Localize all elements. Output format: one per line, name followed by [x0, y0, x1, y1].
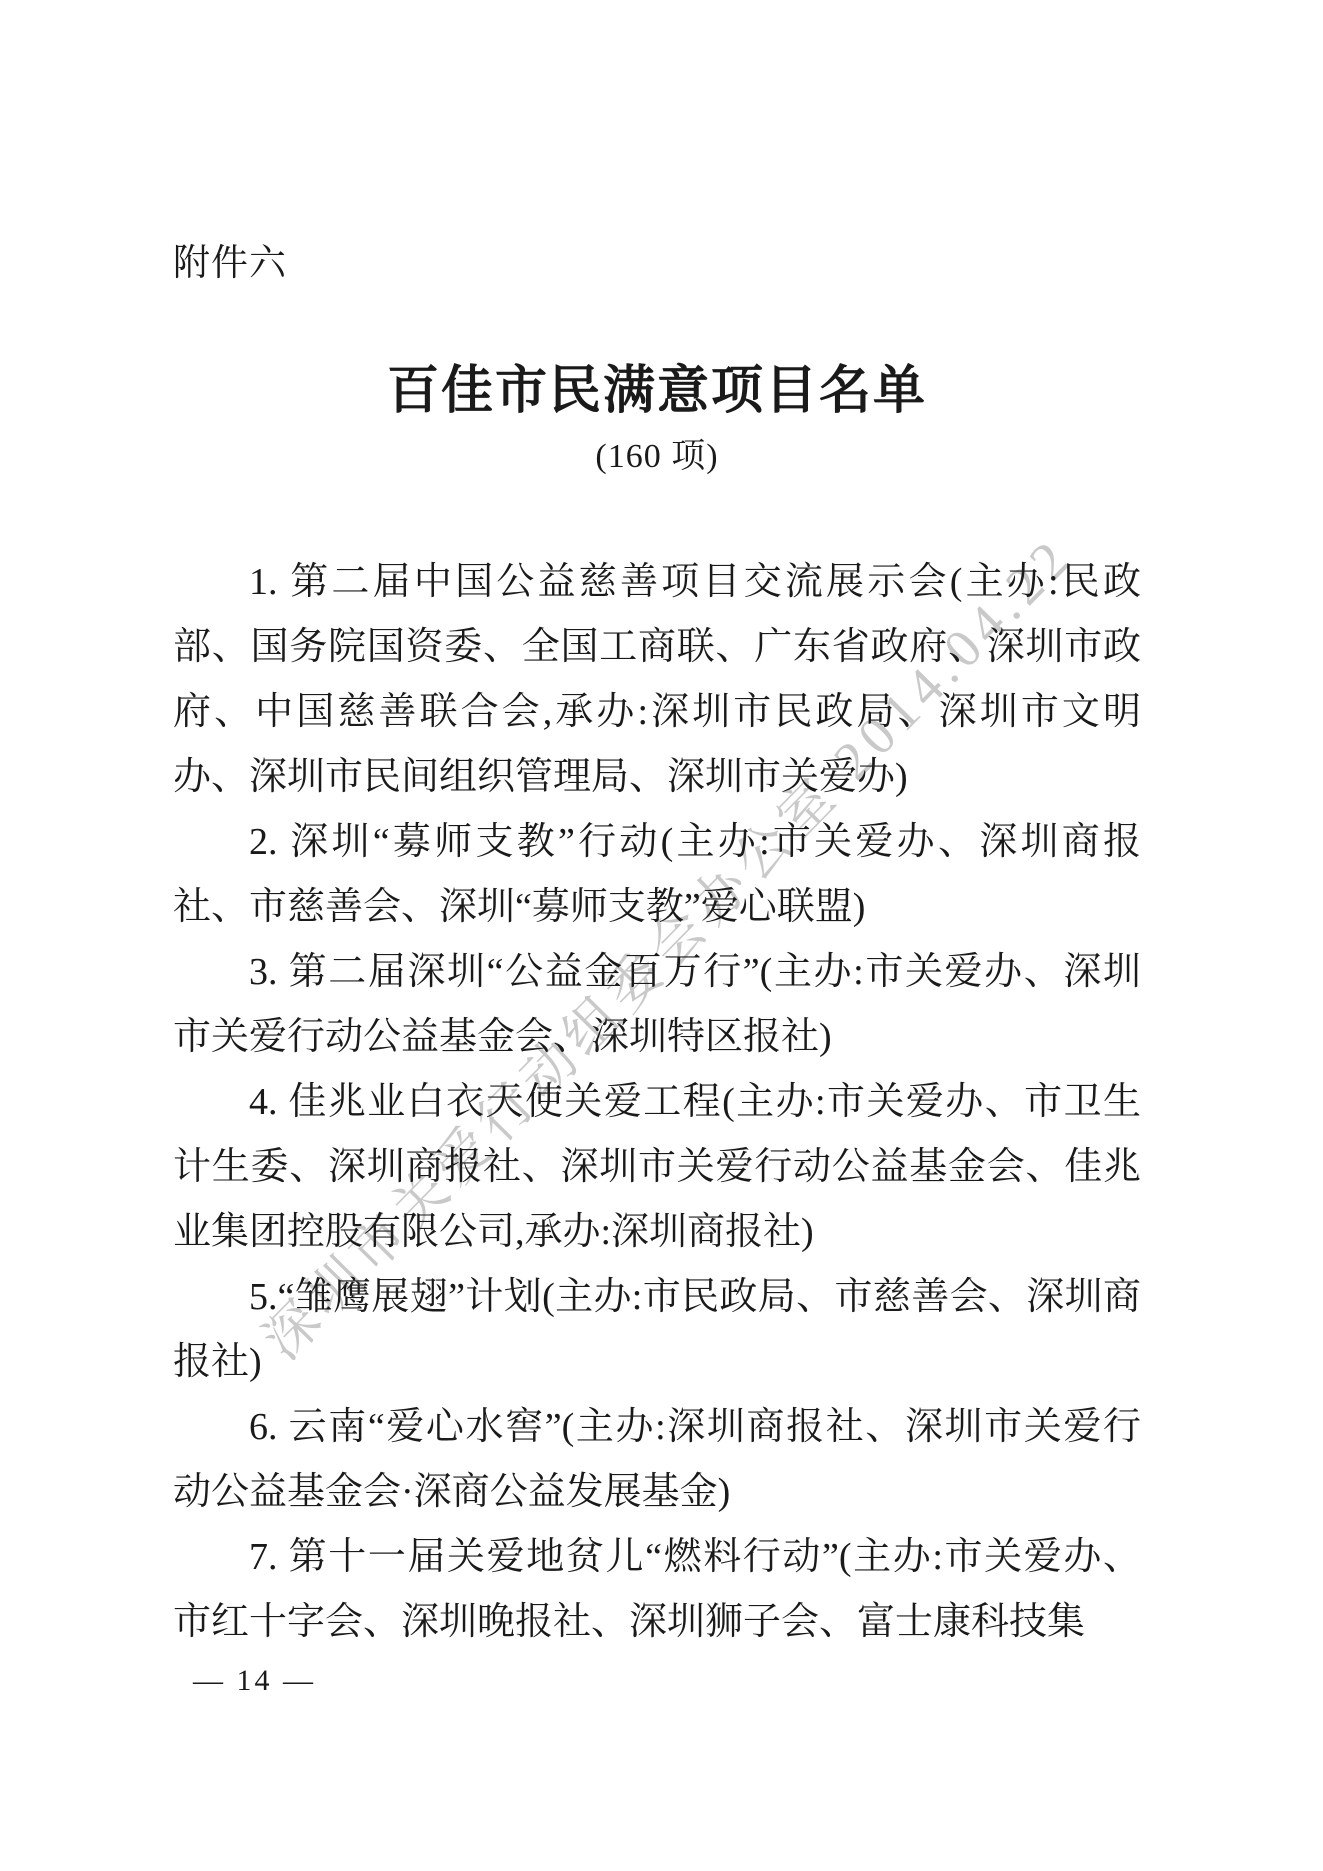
project-list: 1. 第二届中国公益慈善项目交流展示会(主办:民政部、国务院国资委、全国工商联、…: [173, 550, 1141, 1655]
list-item: 2. 深圳“募师支教”行动(主办:市关爱办、深圳商报社、市慈善会、深圳“募师支教…: [173, 810, 1141, 940]
list-item: 7. 第十一届关爱地贫儿“燃料行动”(主办:市关爱办、市红十字会、深圳晚报社、深…: [173, 1525, 1141, 1655]
list-item: 5.“雏鹰展翅”计划(主办:市民政局、市慈善会、深圳商报社): [173, 1265, 1141, 1395]
attachment-label: 附件六: [173, 232, 287, 286]
list-item: 4. 佳兆业白衣天使关爱工程(主办:市关爱办、市卫生计生委、深圳商报社、深圳市关…: [173, 1070, 1141, 1265]
item-count-subtitle: (160 项): [173, 428, 1141, 477]
list-item: 6. 云南“爱心水窖”(主办:深圳商报社、深圳市关爱行动公益基金会·深商公益发展…: [173, 1395, 1141, 1525]
document-page: 深圳市关爱行动组委会办公室 2014.04.22 附件六 百佳市民满意项目名单 …: [0, 0, 1323, 1871]
page-title: 百佳市民满意项目名单: [173, 348, 1141, 423]
list-item: 3. 第二届深圳“公益金百万行”(主办:市关爱办、深圳市关爱行动公益基金会、深圳…: [173, 940, 1141, 1070]
list-item: 1. 第二届中国公益慈善项目交流展示会(主办:民政部、国务院国资委、全国工商联、…: [173, 550, 1141, 810]
page-number: — 14 —: [193, 1664, 316, 1698]
